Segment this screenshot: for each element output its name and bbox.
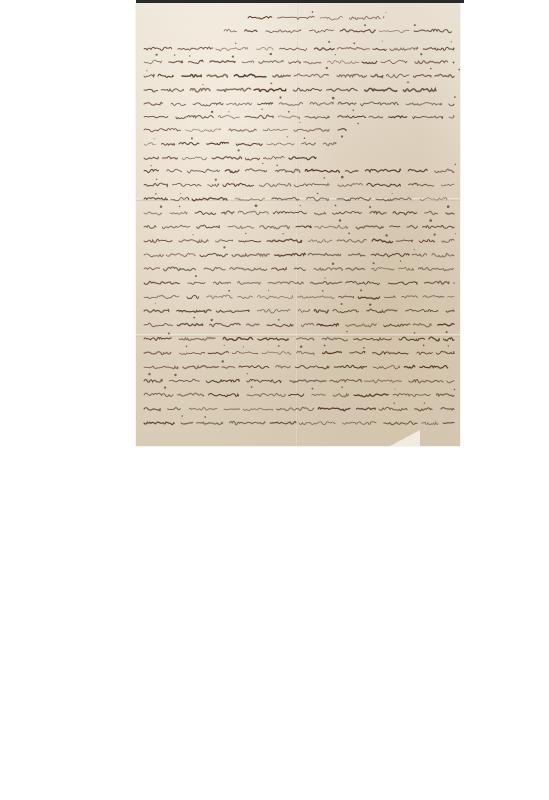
manuscript-page bbox=[136, 3, 460, 446]
handwritten-text bbox=[136, 3, 460, 446]
